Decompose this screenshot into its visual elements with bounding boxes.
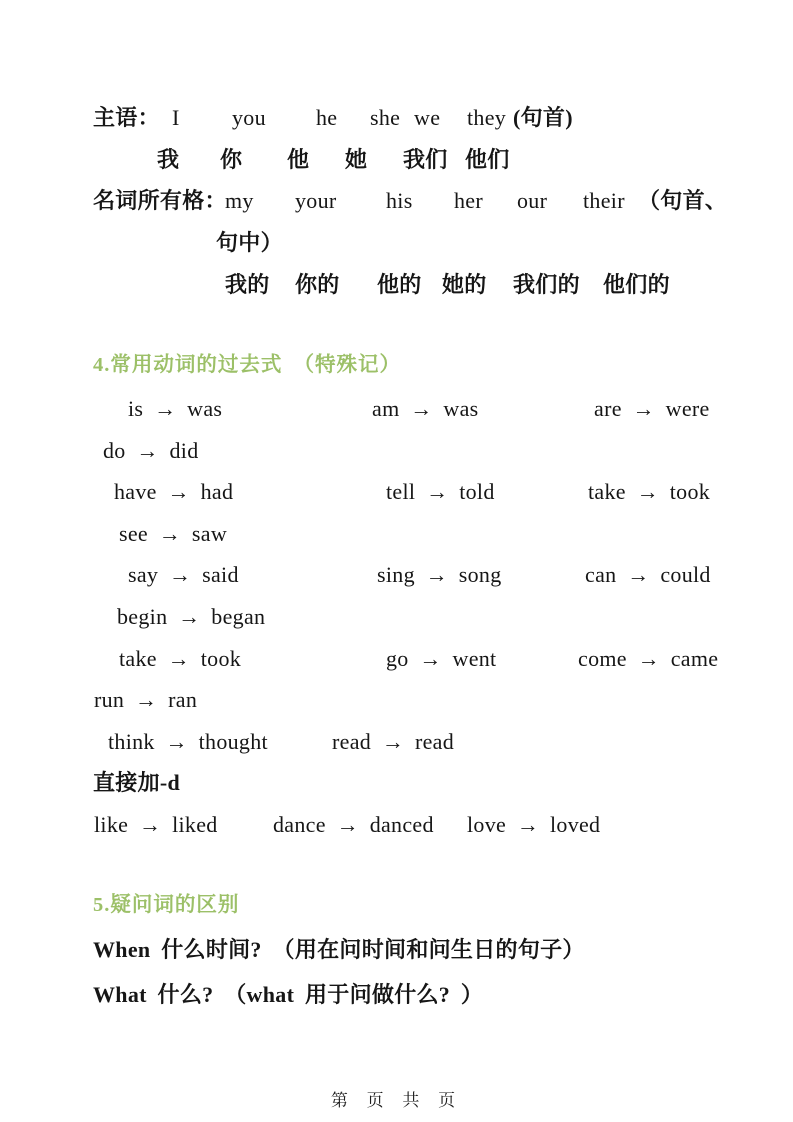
text-cell: see → saw: [119, 520, 227, 548]
text-cell: When 什么时间? （用在问时间和问生日的句子）: [93, 936, 585, 964]
subject-pronouns-chinese-line: 我你他她我们他们: [0, 146, 793, 180]
text-cell: say → said: [128, 561, 239, 589]
text-cell: take → took: [588, 478, 710, 506]
text-cell: my: [225, 187, 254, 215]
document-page: 第 页 共 页 主语：Iyouheshewethey(句首)我你他她我们他们名词…: [0, 0, 793, 1122]
possessives-line: 名词所有格：myyourhisherourtheir（句首、: [0, 187, 793, 221]
text-cell: 他的: [377, 271, 422, 299]
past-tense-row: think → thoughtread → read: [0, 728, 793, 762]
text-cell: 我的: [225, 271, 270, 299]
text-cell: can → could: [585, 561, 711, 589]
text-cell: 他们的: [603, 271, 670, 299]
text-cell: is → was: [128, 395, 222, 423]
text-cell: dance → danced: [273, 811, 434, 839]
possessives-line-continued: 句中）: [0, 229, 793, 263]
text-cell: begin → began: [117, 603, 265, 631]
text-cell: 我: [157, 146, 179, 174]
past-tense-row: begin → began: [0, 603, 793, 637]
text-cell: 他们: [465, 146, 510, 174]
past-tense-row: have → hadtell → toldtake → took: [0, 478, 793, 512]
text-cell: are → were: [594, 395, 710, 423]
text-cell: she: [370, 104, 400, 132]
text-cell: like → liked: [94, 811, 218, 839]
question-word-what-line: What 什么? （what 用于问做什么? ）: [0, 981, 793, 1015]
text-cell: do → did: [103, 437, 199, 465]
text-cell: come → came: [578, 645, 718, 673]
text-cell: go → went: [386, 645, 496, 673]
text-cell: 她的: [442, 271, 487, 299]
text-cell: you: [232, 104, 266, 132]
section-heading-4: 4.常用动词的过去式 （特殊记）: [0, 351, 793, 385]
text-cell: 她: [345, 146, 367, 174]
add-d-rule-line: 直接加-d: [0, 769, 793, 803]
text-cell: think → thought: [108, 728, 268, 756]
past-tense-row: say → saidsing → songcan → could: [0, 561, 793, 595]
text-cell: his: [386, 187, 413, 215]
text-cell: love → loved: [467, 811, 600, 839]
question-word-when-line: When 什么时间? （用在问时间和问生日的句子）: [0, 936, 793, 970]
text-cell: 你的: [295, 271, 340, 299]
text-cell: take → took: [119, 645, 241, 673]
past-tense-row: run → ran: [0, 686, 793, 720]
text-cell: 5.疑问词的区别: [93, 891, 239, 919]
text-cell: tell → told: [386, 478, 495, 506]
possessives-chinese-line: 我的你的他的她的我们的他们的: [0, 271, 793, 305]
text-cell: her: [454, 187, 483, 215]
text-cell: their: [583, 187, 625, 215]
text-cell: 我们: [403, 146, 448, 174]
text-cell: 句中）: [216, 229, 283, 257]
text-cell: they: [467, 104, 506, 132]
text-cell: 他: [287, 146, 309, 174]
subject-pronouns-line: 主语：Iyouheshewethey(句首): [0, 104, 793, 138]
past-tense-row: take → tookgo → wentcome → came: [0, 645, 793, 679]
text-cell: am → was: [372, 395, 479, 423]
past-tense-row: do → did: [0, 437, 793, 471]
text-cell: (句首): [513, 104, 573, 132]
text-cell: 名词所有格：: [93, 187, 227, 215]
text-cell: we: [414, 104, 440, 132]
text-cell: 4.常用动词的过去式 （特殊记）: [93, 351, 401, 379]
past-tense-row: like → likeddance → dancedlove → loved: [0, 811, 793, 845]
past-tense-row: see → saw: [0, 520, 793, 554]
past-tense-row: is → wasam → wasare → were: [0, 395, 793, 429]
section-heading-5: 5.疑问词的区别: [0, 891, 793, 925]
text-cell: 直接加-d: [93, 769, 180, 797]
text-cell: （句首、: [638, 187, 727, 215]
text-cell: What 什么? （what 用于问做什么? ）: [93, 981, 483, 1009]
text-cell: read → read: [332, 728, 454, 756]
text-cell: I: [172, 104, 180, 132]
text-cell: our: [517, 187, 547, 215]
text-cell: 你: [220, 146, 242, 174]
text-cell: your: [295, 187, 337, 215]
text-cell: 主语：: [93, 104, 160, 132]
text-cell: have → had: [114, 478, 233, 506]
text-cell: run → ran: [94, 686, 197, 714]
text-cell: sing → song: [377, 561, 502, 589]
text-cell: he: [316, 104, 337, 132]
text-cell: 我们的: [513, 271, 580, 299]
page-footer: 第 页 共 页: [0, 1086, 793, 1111]
